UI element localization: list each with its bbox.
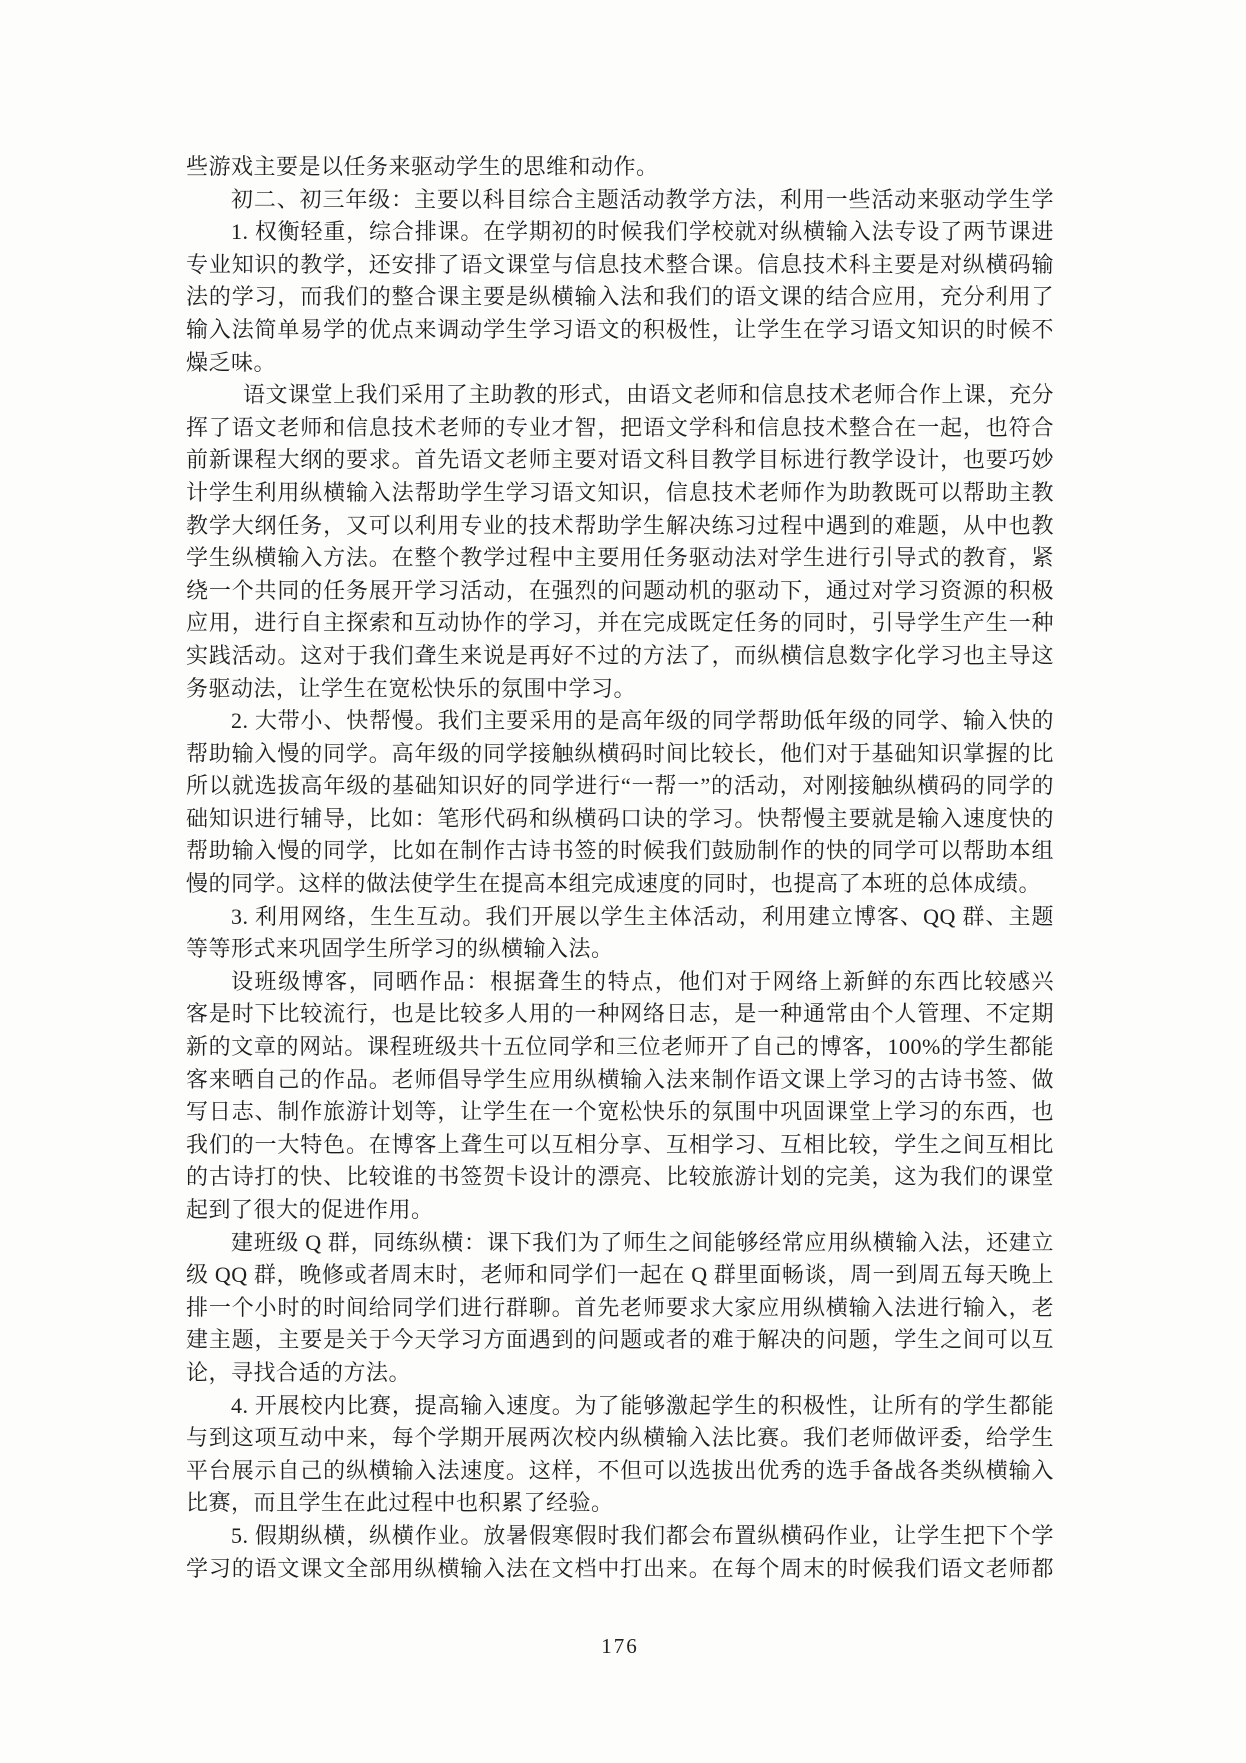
text-line: 客来晒自己的作品。老师倡导学生应用纵横输入法来制作语文课上学习的古诗书签、做贺卡… — [186, 1064, 1054, 1097]
text-line: 初二、初三年级：主要以科目综合主题活动教学方法，利用一些活动来驱动学生学习。 — [186, 184, 1054, 217]
text-line: 设班级博客，同晒作品：根据聋生的特点，他们对于网络上新鲜的东西比较感兴趣，博 — [186, 966, 1054, 999]
text-line: 2. 大带小、快帮慢。我们主要采用的是高年级的同学帮助低年级的同学、输入快的同学 — [186, 705, 1054, 738]
text-line: 客是时下比较流行，也是比较多人用的一种网络日志，是一种通常由个人管理、不定期张贴 — [186, 998, 1054, 1031]
text-line: 挥了语文老师和信息技术老师的专业才智，把语文学科和信息技术整合在一起，也符合了当 — [186, 412, 1054, 445]
text-line: 比赛，而且学生在此过程中也积累了经验。 — [186, 1487, 1054, 1520]
text-line: 燥乏味。 — [186, 347, 1054, 380]
text-line: 务驱动法，让学生在宽松快乐的氛围中学习。 — [186, 673, 1054, 706]
text-line: 级 QQ 群，晚修或者周末时，老师和同学们一起在 Q 群里面畅谈，周一到周五每天… — [186, 1259, 1054, 1292]
text-line: 我们的一大特色。在博客上聋生可以互相分享、互相学习、互相比较，学生之间互相比较谁 — [186, 1129, 1054, 1162]
text-line: 1. 权衡轻重，综合排课。在学期初的时候我们学校就对纵横输入法专设了两节课进行 — [186, 216, 1054, 249]
text-line: 学生纵横输入方法。在整个教学过程中主要用任务驱动法对学生进行引导式的教育，紧紧围 — [186, 542, 1054, 575]
page-number: 176 — [186, 1634, 1054, 1659]
text-line: 建班级 Q 群，同练纵横：课下我们为了师生之间能够经常应用纵横输入法，还建立了班 — [186, 1227, 1054, 1260]
text-line: 5. 假期纵横，纵横作业。放暑假寒假时我们都会布置纵横码作业，让学生把下个学期要 — [186, 1520, 1054, 1553]
text-line: 前新课程大纲的要求。首先语文老师主要对语文科目教学目标进行教学设计，也要巧妙的设 — [186, 444, 1054, 477]
document-page: 些游戏主要是以任务来驱动学生的思维和动作。初二、初三年级：主要以科目综合主题活动… — [0, 0, 1246, 1763]
text-line: 学习的语文课文全部用纵横输入法在文档中打出来。在每个周末的时候我们语文老师都会布 — [186, 1553, 1054, 1586]
text-line: 应用，进行自主探索和互动协作的学习，并在完成既定任务的同时，引导学生产生一种学习 — [186, 607, 1054, 640]
text-line: 计学生利用纵横输入法帮助学生学习语文知识，信息技术老师作为助教既可以帮助主教完成 — [186, 477, 1054, 510]
text-line: 排一个小时的时间给同学们进行群聊。首先老师要求大家应用纵横输入法进行输入，老师创 — [186, 1292, 1054, 1325]
text-line: 础知识进行辅导，比如：笔形代码和纵横码口诀的学习。快帮慢主要就是输入速度快的同学 — [186, 803, 1054, 836]
text-line: 的古诗打的快、比较谁的书签贺卡设计的漂亮、比较旅游计划的完美，这为我们的课堂教学 — [186, 1161, 1054, 1194]
text-line: 实践活动。这对于我们聋生来说是再好不过的方法了，而纵横信息数字化学习也主导这种任 — [186, 640, 1054, 673]
text-line: 新的文章的网站。课程班级共十五位同学和三位老师开了自己的博客，100%的学生都能… — [186, 1031, 1054, 1064]
text-line: 建主题，主要是关于今天学习方面遇到的问题或者的难于解决的问题，学生之间可以互相讨 — [186, 1324, 1054, 1357]
text-line: 帮助输入慢的同学，比如在制作古诗书签的时候我们鼓励制作的快的同学可以帮助本组输入 — [186, 835, 1054, 868]
text-line: 起到了很大的促进作用。 — [186, 1194, 1054, 1227]
text-line: 写日志、制作旅游计划等，让学生在一个宽松快乐的氛围中巩固课堂上学习的东西，也成为 — [186, 1096, 1054, 1129]
text-line: 帮助输入慢的同学。高年级的同学接触纵横码时间比较长，他们对于基础知识掌握的比较好… — [186, 738, 1054, 771]
text-line: 法的学习，而我们的整合课主要是纵横输入法和我们的语文课的结合应用，充分利用了纵横 — [186, 281, 1054, 314]
text-line: 绕一个共同的任务展开学习活动，在强烈的问题动机的驱动下，通过对学习资源的积极主动 — [186, 575, 1054, 608]
text-line: 等等形式来巩固学生所学习的纵横输入法。 — [186, 933, 1054, 966]
text-line: 输入法简单易学的优点来调动学生学习语文的积极性，让学生在学习语文知识的时候不再枯 — [186, 314, 1054, 347]
text-line: 3. 利用网络，生生互动。我们开展以学生主体活动，利用建立博客、QQ 群、主题讨… — [186, 901, 1054, 934]
text-line: 语文课堂上我们采用了主助教的形式，由语文老师和信息技术老师合作上课，充分发 — [186, 379, 1054, 412]
text-line: 平台展示自己的纵横输入法速度。这样，不但可以选拔出优秀的选手备战各类纵横输入法的 — [186, 1455, 1054, 1488]
text-line: 与到这项互动中来，每个学期开展两次校内纵横输入法比赛。我们老师做评委，给学生一个 — [186, 1422, 1054, 1455]
text-line: 论，寻找合适的方法。 — [186, 1357, 1054, 1390]
text-line: 4. 开展校内比赛，提高输入速度。为了能够激起学生的积极性，让所有的学生都能够参 — [186, 1390, 1054, 1423]
text-line: 所以就选拔高年级的基础知识好的同学进行“一帮一”的活动，对刚接触纵横码的同学的基 — [186, 770, 1054, 803]
text-line: 教学大纲任务，又可以利用专业的技术帮助学生解决练习过程中遇到的难题，从中也教授了 — [186, 510, 1054, 543]
text-line: 些游戏主要是以任务来驱动学生的思维和动作。 — [186, 151, 1054, 184]
body-text: 些游戏主要是以任务来驱动学生的思维和动作。初二、初三年级：主要以科目综合主题活动… — [186, 151, 1054, 1585]
text-line: 专业知识的教学，还安排了语文课堂与信息技术整合课。信息技术科主要是对纵横码输入方 — [186, 249, 1054, 282]
text-line: 慢的同学。这样的做法使学生在提高本组完成速度的同时，也提高了本班的总体成绩。 — [186, 868, 1054, 901]
